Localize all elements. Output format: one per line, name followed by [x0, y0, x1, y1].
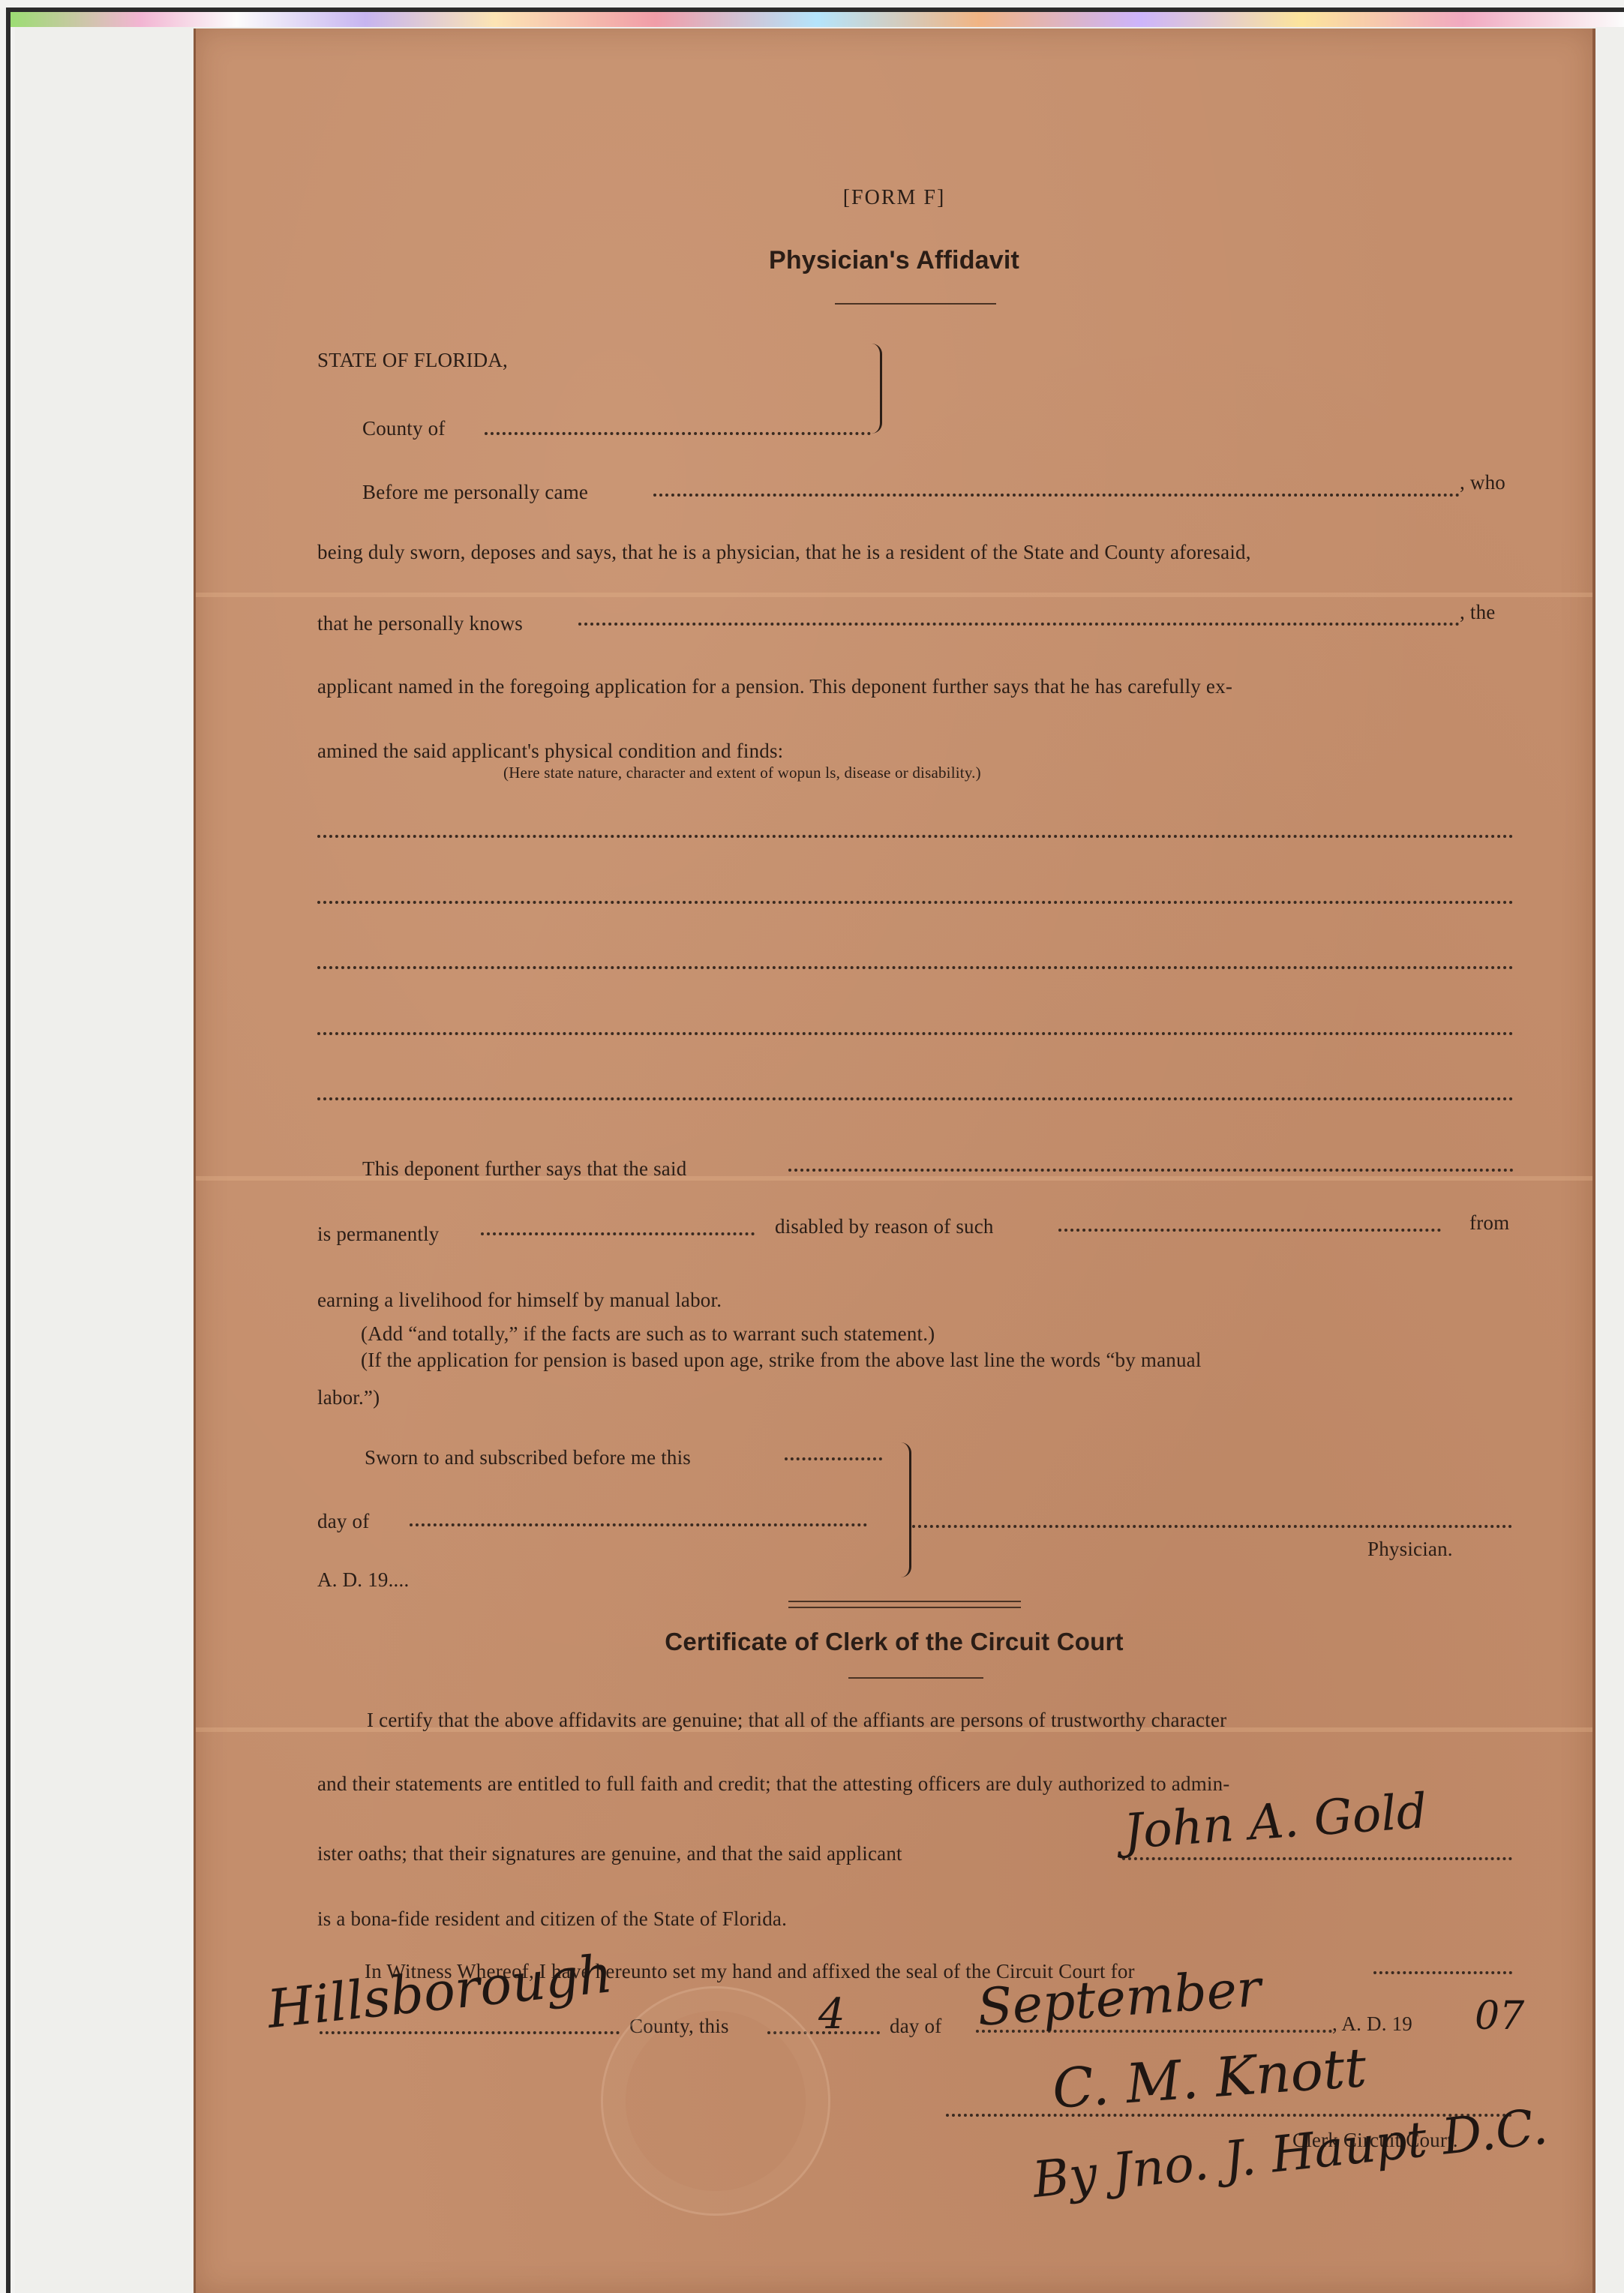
findings-line-2[interactable]: [317, 901, 1514, 904]
handwritten-day: 4: [818, 1990, 845, 2039]
physician-label: Physician.: [1367, 1538, 1453, 1561]
certificate-line-2: and their statements are entitled to ful…: [317, 1772, 1230, 1796]
certificate-title: Certificate of Clerk of the Circuit Cour…: [196, 1628, 1592, 1656]
section-double-rule-bottom: [788, 1607, 1021, 1608]
findings-line-5[interactable]: [317, 1097, 1514, 1100]
applicant-name-field[interactable]: [1122, 1857, 1512, 1860]
note-age: (If the application for pension is based…: [361, 1349, 1202, 1372]
form-label: [FORM F]: [196, 186, 1592, 210]
clerk-signature: C. M. Knott: [1050, 2036, 1368, 2120]
section-double-rule-top: [788, 1601, 1021, 1602]
permanently-field[interactable]: [481, 1232, 755, 1235]
disabled-by-label: disabled by reason of such: [775, 1215, 994, 1238]
examined-line: amined the said applicant's physical con…: [317, 740, 783, 763]
earning-line: earning a livelihood for himself by manu…: [317, 1289, 722, 1312]
state-line: STATE OF FLORIDA,: [317, 349, 508, 372]
physician-name-field[interactable]: [653, 494, 1460, 497]
findings-line-1[interactable]: [317, 835, 1514, 838]
paper-fold: [196, 593, 1592, 597]
document-page: [FORM F] Physician's Affidavit STATE OF …: [194, 29, 1595, 2293]
note-age-cont: labor.”): [317, 1386, 380, 1409]
sworn-day-field[interactable]: [785, 1457, 882, 1460]
deponent-further-label: This deponent further says that the said: [362, 1157, 686, 1181]
who-label: , who: [1460, 471, 1505, 494]
findings-line-4[interactable]: [317, 1032, 1514, 1035]
cert-ad-label: , A. D. 19: [1332, 2012, 1412, 2036]
instruction-nature: (Here state nature, character and extent…: [503, 764, 981, 782]
personally-knows-label: that he personally knows: [317, 612, 523, 635]
page-title: Physician's Affidavit: [196, 246, 1592, 275]
certificate-line-3: ister oaths; that their signatures are g…: [317, 1842, 902, 1865]
county-name-field[interactable]: [320, 2031, 620, 2034]
scan-border-left: [6, 8, 11, 2293]
physician-signature-field[interactable]: [912, 1525, 1512, 1528]
court-seal-emboss: [601, 1986, 830, 2216]
applicant-line: applicant named in the foregoing applica…: [317, 675, 1232, 698]
county-field[interactable]: [485, 432, 871, 435]
disability-reason-field[interactable]: [1058, 1229, 1441, 1232]
cert-day-of-label: day of: [890, 2015, 941, 2038]
circuit-court-field[interactable]: [1373, 1971, 1512, 1974]
said-field[interactable]: [788, 1169, 1514, 1172]
note-totally: (Add “and totally,” if the facts are suc…: [361, 1322, 935, 1346]
handwritten-county: Hillsborough: [264, 1943, 615, 2040]
title-divider: [835, 303, 996, 305]
applicant-known-field[interactable]: [578, 623, 1460, 626]
ad-19-label: A. D. 19....: [317, 1568, 409, 1592]
permanently-label: is permanently: [317, 1223, 440, 1246]
handwritten-year: 07: [1475, 1994, 1524, 2039]
day-of-label: day of: [317, 1510, 369, 1533]
bracket: [899, 1442, 911, 1577]
certificate-line-4: is a bona-fide resident and citizen of t…: [317, 1907, 787, 1931]
bracket: [869, 344, 882, 434]
before-me-label: Before me personally came: [362, 481, 588, 504]
findings-line-3[interactable]: [317, 966, 1514, 969]
sworn-month-field[interactable]: [410, 1523, 867, 1526]
scan-artifact-strip: [11, 12, 1624, 27]
certificate-divider: [848, 1677, 983, 1679]
the-label: , the: [1460, 601, 1496, 624]
from-label: from: [1469, 1211, 1509, 1235]
sworn-line: being duly sworn, deposes and says, that…: [317, 541, 1251, 564]
certificate-line-1: I certify that the above affidavits are …: [367, 1709, 1226, 1732]
sworn-to-label: Sworn to and subscribed before me this: [365, 1446, 691, 1469]
county-label: County of: [362, 417, 446, 440]
